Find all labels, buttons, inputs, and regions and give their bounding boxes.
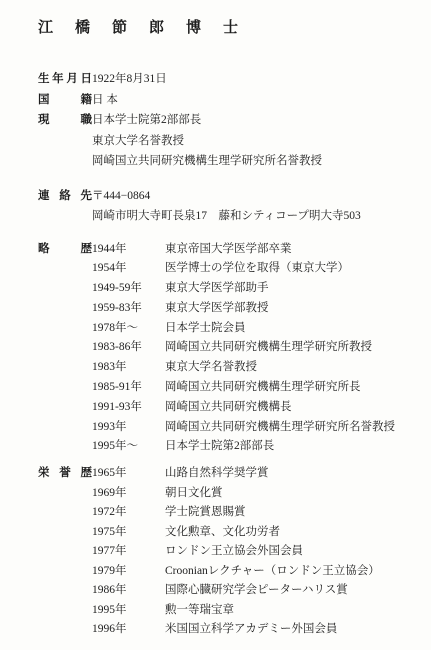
honor-entry: 1979年 Croonianレクチャー（ロンドン王立協会） xyxy=(92,562,421,582)
career-entry-year: 1993年 xyxy=(92,418,165,438)
birthdate-label: 生年月日 xyxy=(38,69,92,90)
career-entry-description: 東京大学医学部教授 xyxy=(165,299,269,319)
honor-entry-year: 1969年 xyxy=(92,484,165,504)
honor-entry: 1995年 勲一等瑞宝章 xyxy=(92,601,421,621)
honor-entry-year: 1972年 xyxy=(92,503,165,523)
career-entry: 1991-93年 岡崎国立共同研究機構長 xyxy=(92,398,421,418)
career-entry-year: 1949-59年 xyxy=(92,279,165,299)
career-entry-description: 日本学士院第2部部長 xyxy=(165,437,274,457)
contact-address-line: 〒444−0864 xyxy=(92,186,361,207)
birthdate-row: 生年月日 1922年8月31日 xyxy=(38,69,421,90)
honor-entry-description: 勲一等瑞宝章 xyxy=(165,601,234,621)
contact-section: 連 絡 先 〒444−0864 岡崎市明大寺町長泉17 藤和シティコープ明大寺5… xyxy=(38,186,421,227)
career-section: 略 歴 1944年 東京帝国大学医学部卒業 1954年 医学博士の学位を取得（東… xyxy=(38,240,421,458)
contact-row: 連 絡 先 〒444−0864 岡崎市明大寺町長泉17 藤和シティコープ明大寺5… xyxy=(38,186,421,227)
nationality-label: 国 籍 xyxy=(38,90,92,111)
career-entry-description: 岡崎国立共同研究機構長 xyxy=(165,398,292,418)
honors-section: 栄 誉 歴 1965年 山路自然科学奨学賞 1969年 朝日文化賞 1972年 … xyxy=(38,464,421,640)
honor-entry-description: 学士院賞恩賜賞 xyxy=(165,503,246,523)
career-entry: 1985-91年 岡崎国立共同研究機構生理学研究所長 xyxy=(92,378,421,398)
career-entry: 1983年 東京大学名誉教授 xyxy=(92,358,421,378)
career-entries: 1944年 東京帝国大学医学部卒業 1954年 医学博士の学位を取得（東京大学）… xyxy=(92,240,421,458)
current-positions-row: 現 職 日本学士院第2部部長 東京大学名誉教授 岡崎国立共同研究機構生理学研究所… xyxy=(38,110,421,172)
honor-entry-year: 1977年 xyxy=(92,542,165,562)
current-positions-label: 現 職 xyxy=(38,110,92,131)
honor-entry-year: 1986年 xyxy=(92,581,165,601)
nationality-value: 日 本 xyxy=(92,90,118,111)
honor-entry: 1977年 ロンドン王立協会外国会員 xyxy=(92,542,421,562)
career-entry: 1993年 岡崎国立共同研究機構生理学研究所名誉教授 xyxy=(92,418,421,438)
contact-label: 連 絡 先 xyxy=(38,186,92,207)
honor-entry-year: 1995年 xyxy=(92,601,165,621)
birthdate-value: 1922年8月31日 xyxy=(92,69,167,90)
career-entry-year: 1954年 xyxy=(92,259,165,279)
career-entry: 1949-59年 東京大学医学部助手 xyxy=(92,279,421,299)
career-entry-description: 東京大学名誉教授 xyxy=(165,358,257,378)
honor-entry-description: 山路自然科学奨学賞 xyxy=(165,464,269,484)
honor-entry-description: 朝日文化賞 xyxy=(165,484,223,504)
current-position-line: 東京大学名誉教授 xyxy=(92,131,322,152)
honor-entry: 1975年 文化勲章、文化功労者 xyxy=(92,523,421,543)
career-entry-year: 1991-93年 xyxy=(92,398,165,418)
career-entry-year: 1959-83年 xyxy=(92,299,165,319)
honor-entry-year: 1979年 xyxy=(92,562,165,582)
career-label: 略 歴 xyxy=(38,240,92,260)
nationality-row: 国 籍 日 本 xyxy=(38,90,421,111)
profile-section: 生年月日 1922年8月31日 国 籍 日 本 現 職 日本学士院第2部部長 東… xyxy=(38,69,421,172)
career-entry-description: 医学博士の学位を取得（東京大学） xyxy=(165,259,349,279)
honor-entry-year: 1996年 xyxy=(92,620,165,640)
career-entry-year: 1983-86年 xyxy=(92,338,165,358)
honor-entry: 1986年 国際心臓研究学会ピーターハリス賞 xyxy=(92,581,421,601)
honors-label: 栄 誉 歴 xyxy=(38,464,92,484)
current-position-line: 岡崎国立共同研究機構生理学研究所名誉教授 xyxy=(92,151,322,172)
career-entry-description: 東京大学医学部助手 xyxy=(165,279,269,299)
honor-entry: 1965年 山路自然科学奨学賞 xyxy=(92,464,421,484)
honor-entry: 1972年 学士院賞恩賜賞 xyxy=(92,503,421,523)
career-entry-description: 日本学士院会員 xyxy=(165,319,246,339)
page-title: 江橋節郎博士 xyxy=(38,20,421,36)
career-entry-description: 岡崎国立共同研究機構生理学研究所長 xyxy=(165,378,361,398)
career-entry-year: 1978年～ xyxy=(92,319,165,339)
career-entry: 1944年 東京帝国大学医学部卒業 xyxy=(92,240,421,260)
career-entry-year: 1985-91年 xyxy=(92,378,165,398)
career-entry-description: 東京帝国大学医学部卒業 xyxy=(165,240,292,260)
contact-address-lines: 〒444−0864 岡崎市明大寺町長泉17 藤和シティコープ明大寺503 xyxy=(92,186,361,227)
honor-entry-year: 1965年 xyxy=(92,464,165,484)
career-entry-description: 岡崎国立共同研究機構生理学研究所名誉教授 xyxy=(165,418,395,438)
current-position-line: 日本学士院第2部部長 xyxy=(92,110,322,131)
career-entry-year: 1995年～ xyxy=(92,437,165,457)
current-positions-list: 日本学士院第2部部長 東京大学名誉教授 岡崎国立共同研究機構生理学研究所名誉教授 xyxy=(92,110,322,172)
honor-entry-year: 1975年 xyxy=(92,523,165,543)
career-entry: 1995年～ 日本学士院第2部部長 xyxy=(92,437,421,457)
career-entry-description: 岡崎国立共同研究機構生理学研究所教授 xyxy=(165,338,372,358)
honor-entry: 1969年 朝日文化賞 xyxy=(92,484,421,504)
honor-entry-description: 国際心臓研究学会ピーターハリス賞 xyxy=(165,581,348,601)
document-page: 江橋節郎博士 生年月日 1922年8月31日 国 籍 日 本 現 職 日本学士院… xyxy=(0,0,431,650)
career-entry-year: 1944年 xyxy=(92,240,165,260)
career-entry: 1954年 医学博士の学位を取得（東京大学） xyxy=(92,259,421,279)
career-entry: 1959-83年 東京大学医学部教授 xyxy=(92,299,421,319)
honor-entry-description: 米国国立科学アカデミー外国会員 xyxy=(165,620,337,640)
honor-entry: 1996年 米国国立科学アカデミー外国会員 xyxy=(92,620,421,640)
honor-entry-description: ロンドン王立協会外国会員 xyxy=(165,542,303,562)
career-entry-year: 1983年 xyxy=(92,358,165,378)
career-entry: 1983-86年 岡崎国立共同研究機構生理学研究所教授 xyxy=(92,338,421,358)
career-entry: 1978年～ 日本学士院会員 xyxy=(92,319,421,339)
honor-entry-description: 文化勲章、文化功労者 xyxy=(165,523,280,543)
contact-address-line: 岡崎市明大寺町長泉17 藤和シティコープ明大寺503 xyxy=(92,206,361,227)
honor-entry-description: Croonianレクチャー（ロンドン王立協会） xyxy=(165,562,380,582)
honors-entries: 1965年 山路自然科学奨学賞 1969年 朝日文化賞 1972年 学士院賞恩賜… xyxy=(92,464,421,640)
